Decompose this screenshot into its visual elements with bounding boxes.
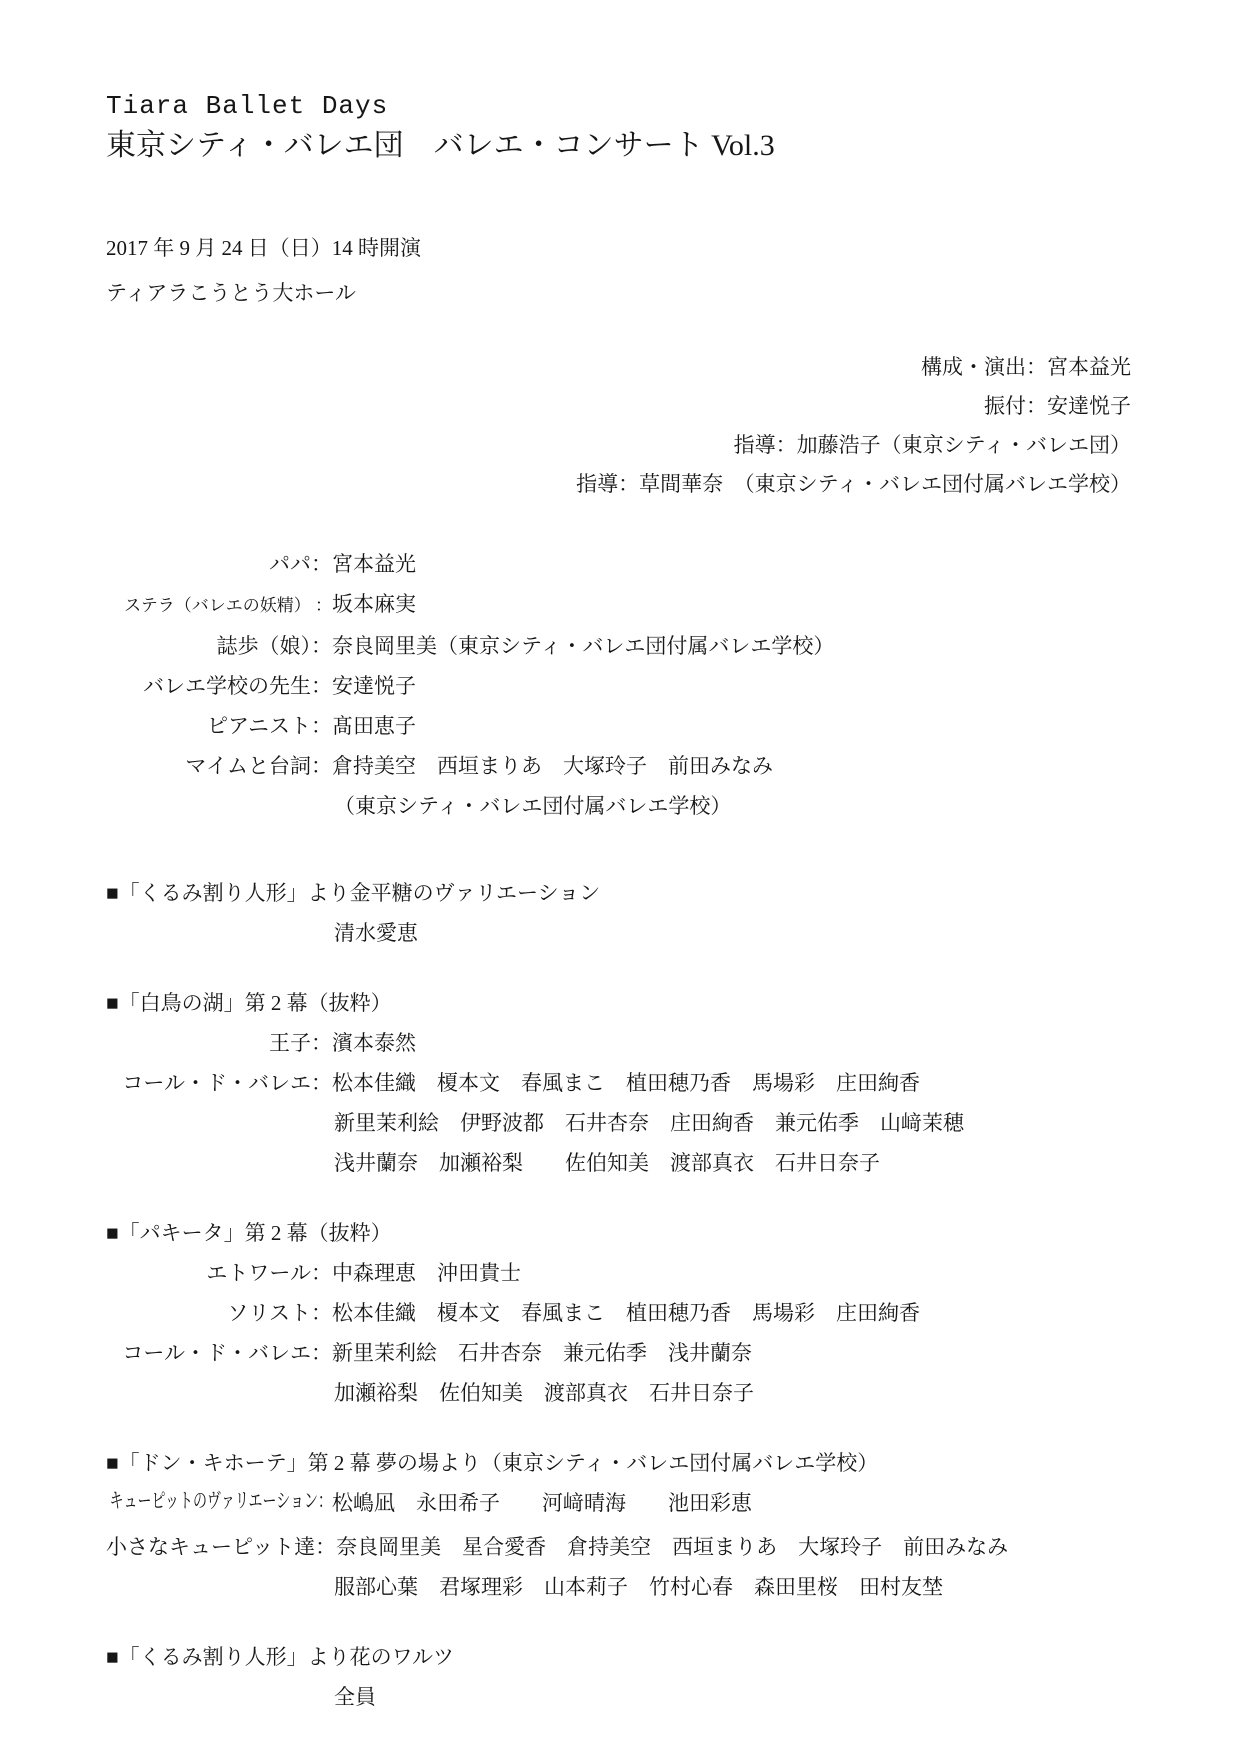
program-row: 王子： 濱本泰然 — [106, 1023, 1131, 1063]
role-label: 王子： — [106, 1023, 332, 1063]
performer-names: 新里茉利絵 伊野波都 石井杏奈 庄田絢香 兼元佑季 山﨑茉穂 — [106, 1103, 1131, 1143]
cast-row: 誌歩（娘）： 奈良岡里美（東京シティ・バレエ団付属バレエ学校） — [106, 626, 1131, 666]
role-label: マイムと台詞： — [106, 746, 332, 786]
performer-names: 清水愛恵 — [106, 913, 1131, 953]
credit-line-director: 構成・演出：宮本益光 — [106, 348, 1131, 387]
section-paquita: ■「パキータ」第 2 幕（抜粋） エトワール： 中森理恵 沖田貴士 ソリスト： … — [106, 1213, 1131, 1413]
program-row: キューピットのヴァリエーション： 松嶋凪 永田希子 河﨑晴海 池田彩恵 — [106, 1483, 1131, 1527]
title-japanese: 東京シティ・バレエ団 バレエ・コンサート Vol.3 — [106, 124, 1131, 168]
performer-names: 髙田恵子 — [332, 706, 416, 746]
program-row: ソリスト： 松本佳織 榎本文 春風まこ 植田穂乃香 馬場彩 庄田絢香 — [106, 1293, 1131, 1333]
role-label: キューピットのヴァリエーション： — [106, 1483, 332, 1527]
performer-names: 松本佳織 榎本文 春風まこ 植田穂乃香 馬場彩 庄田絢香 — [332, 1293, 920, 1333]
role-label: 小さなキューピット達： — [106, 1527, 336, 1567]
performer-names: 安達悦子 — [332, 666, 416, 706]
section-nutcracker-waltz: ■「くるみ割り人形」より花のワルツ 全員 — [106, 1637, 1131, 1717]
title-latin: Tiara Ballet Days — [106, 88, 1131, 124]
performer-names: 坂本麻実 — [332, 584, 416, 624]
program-page: Tiara Ballet Days 東京シティ・バレエ団 バレエ・コンサート V… — [0, 0, 1239, 1754]
cast-row: パパ： 宮本益光 — [106, 544, 1131, 584]
section-heading: ■「パキータ」第 2 幕（抜粋） — [106, 1213, 1131, 1253]
performer-names: 浅井蘭奈 加瀬裕梨 佐伯知美 渡部真衣 石井日奈子 — [106, 1143, 1131, 1183]
credit-line-instructor-1: 指導：加藤浩子（東京シティ・バレエ団） — [106, 426, 1131, 465]
role-label-condensed: キューピットのヴァリエーション： — [110, 1474, 332, 1532]
performer-names: 中森理恵 沖田貴士 — [332, 1253, 521, 1293]
event-meta: 2017 年 9 月 24 日（日）14 時開演 ティアラこうとう大ホール — [106, 226, 1131, 316]
credits-block: 構成・演出：宮本益光 振付：安達悦子 指導：加藤浩子（東京シティ・バレエ団） 指… — [106, 348, 1131, 504]
performer-names: 宮本益光 — [332, 544, 416, 584]
role-label: ピアニスト： — [106, 706, 332, 746]
credit-line-instructor-2: 指導：草間華奈 （東京シティ・バレエ団付属バレエ学校） — [106, 465, 1131, 504]
credit-line-choreographer: 振付：安達悦子 — [106, 387, 1131, 426]
cast-row: バレエ学校の先生： 安達悦子 — [106, 666, 1131, 706]
role-label: コール・ド・バレエ： — [106, 1063, 332, 1103]
performer-names: 倉持美空 西垣まりあ 大塚玲子 前田みなみ — [332, 746, 773, 786]
performer-names: 松本佳織 榎本文 春風まこ 植田穂乃香 馬場彩 庄田絢香 — [332, 1063, 920, 1103]
section-nutcracker-sugarplum: ■「くるみ割り人形」より金平糖のヴァリエーション 清水愛恵 — [106, 873, 1131, 953]
section-heading: ■「白鳥の湖」第 2 幕（抜粋） — [106, 983, 1131, 1023]
cast-list: パパ： 宮本益光 ステラ（バレエの妖精） ： 坂本麻実 誌歩（娘）： 奈良岡里美… — [106, 544, 1131, 826]
cast-row: ステラ（バレエの妖精） ： 坂本麻実 — [106, 584, 1131, 626]
role-label: パパ： — [106, 544, 332, 584]
role-label: エトワール： — [106, 1253, 332, 1293]
performer-names: 服部心葉 君塚理彩 山本莉子 竹村心春 森田里桜 田村友埜 — [106, 1567, 1131, 1607]
performer-names: 濱本泰然 — [332, 1023, 416, 1063]
role-label: ステラ（バレエの妖精） ： — [106, 586, 332, 626]
section-swan-lake: ■「白鳥の湖」第 2 幕（抜粋） 王子： 濱本泰然 コール・ド・バレエ： 松本佳… — [106, 983, 1131, 1183]
performer-names: 奈良岡里美（東京シティ・バレエ団付属バレエ学校） — [332, 626, 834, 666]
role-label: 誌歩（娘）： — [106, 626, 332, 666]
program-row: エトワール： 中森理恵 沖田貴士 — [106, 1253, 1131, 1293]
role-label: ソリスト： — [106, 1293, 332, 1333]
cast-row: ピアニスト： 髙田恵子 — [106, 706, 1131, 746]
performer-names: 加瀬裕梨 佐伯知美 渡部真衣 石井日奈子 — [106, 1373, 1131, 1413]
role-label: コール・ド・バレエ： — [106, 1333, 332, 1373]
cast-row: マイムと台詞： 倉持美空 西垣まりあ 大塚玲子 前田みなみ — [106, 746, 1131, 786]
cast-continuation: （東京シティ・バレエ団付属バレエ学校） — [106, 786, 1131, 826]
performer-names: 全員 — [106, 1677, 1131, 1717]
program-row: 小さなキューピット達： 奈良岡里美 星合愛香 倉持美空 西垣まりあ 大塚玲子 前… — [106, 1527, 1131, 1567]
event-venue: ティアラこうとう大ホール — [106, 271, 1131, 316]
performer-names: 奈良岡里美 星合愛香 倉持美空 西垣まりあ 大塚玲子 前田みなみ — [336, 1527, 1008, 1567]
section-heading: ■「くるみ割り人形」より花のワルツ — [106, 1637, 1131, 1677]
performer-names: 松嶋凪 永田希子 河﨑晴海 池田彩恵 — [332, 1483, 752, 1523]
role-label: バレエ学校の先生： — [106, 666, 332, 706]
section-heading: ■「くるみ割り人形」より金平糖のヴァリエーション — [106, 873, 1131, 913]
program-row: コール・ド・バレエ： 松本佳織 榎本文 春風まこ 植田穂乃香 馬場彩 庄田絢香 — [106, 1063, 1131, 1103]
section-don-quixote: ■「ドン・キホーテ」第 2 幕 夢の場より（東京シティ・バレエ団付属バレエ学校）… — [106, 1443, 1131, 1607]
performer-names: 新里茉利絵 石井杏奈 兼元佑季 浅井蘭奈 — [332, 1333, 752, 1373]
event-date: 2017 年 9 月 24 日（日）14 時開演 — [106, 226, 1131, 271]
program-row: コール・ド・バレエ： 新里茉利絵 石井杏奈 兼元佑季 浅井蘭奈 — [106, 1333, 1131, 1373]
